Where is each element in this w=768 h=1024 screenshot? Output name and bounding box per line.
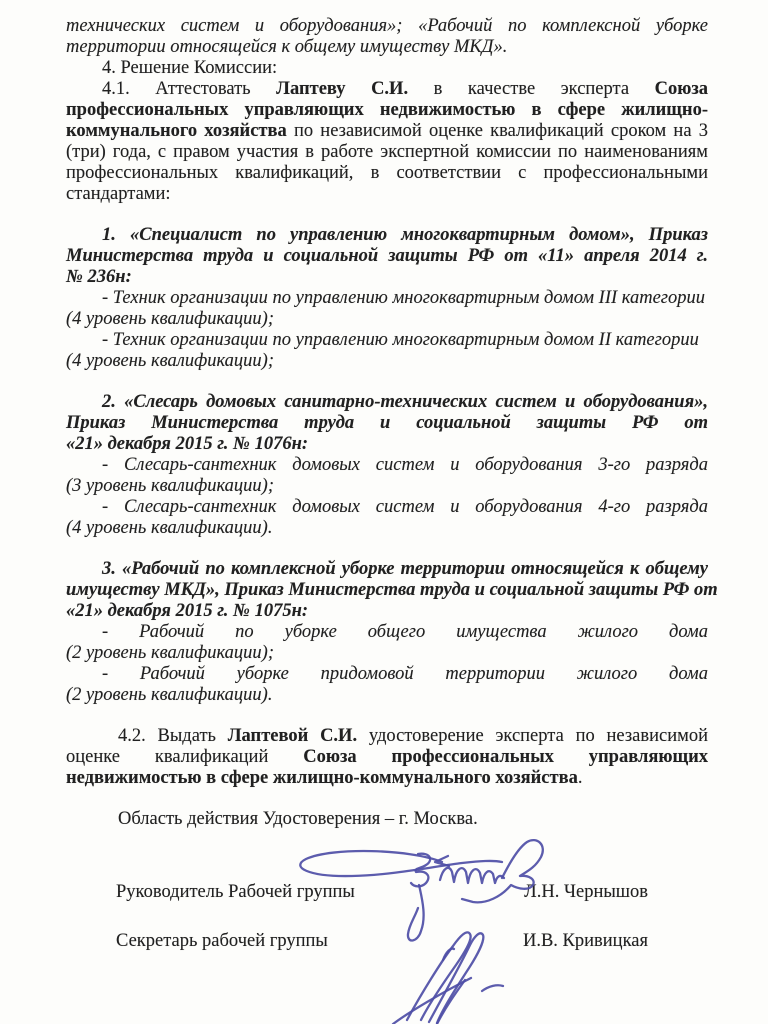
text-line: - Техник организации по управлению много… — [66, 330, 708, 351]
text-line: (2 уровень квалификации); — [66, 643, 708, 664]
signature-section: Руководитель Рабочей группы Л.Н. Чернышо… — [66, 882, 708, 952]
validity-area: Область действия Удостоверения – г. Моск… — [66, 809, 708, 830]
text-line: - Слесарь-сантехник домовых систем и обо… — [66, 455, 708, 476]
text-line: 4.1. Аттестовать Лаптеву С.И. в качестве… — [66, 79, 708, 100]
qualification-3-heading: 3. «Рабочий по комплексной уборке террит… — [66, 559, 708, 622]
decision-heading: 4. Решение Комиссии: — [66, 58, 708, 79]
clause-4-1: 4.1. Аттестовать Лаптеву С.И. в качестве… — [66, 79, 708, 205]
signatory-name: Л.Н. Чернышов — [524, 882, 648, 903]
text-line: Министерства труда и социальной защиты Р… — [66, 246, 708, 267]
text-line: (4 уровень квалификации); — [66, 309, 708, 330]
intro-paragraph: технических систем и оборудования»; «Раб… — [66, 16, 708, 58]
text-line: № 236н: — [66, 267, 708, 288]
text-line: 4.2. Выдать Лаптевой С.И. удостоверение … — [66, 726, 708, 747]
text-line: имуществу МКД», Приказ Министерства труд… — [66, 580, 708, 601]
text-line: 3. «Рабочий по комплексной уборке террит… — [66, 559, 708, 580]
document-content: технических систем и оборудования»; «Раб… — [0, 0, 768, 952]
signature-row-secretary: Секретарь рабочей группы И.В. Кривицкая — [66, 931, 708, 952]
text-line: (2 уровень квалификации). — [66, 685, 708, 706]
signatory-role: Руководитель Рабочей группы — [116, 882, 355, 903]
text-line: Приказ Министерства труда и социальной з… — [66, 413, 708, 434]
text-line: - Рабочий уборке придомовой территории ж… — [66, 664, 708, 685]
text-line: (3 уровень квалификации); — [66, 476, 708, 497]
text-line: стандартами: — [66, 184, 708, 205]
qualification-1-heading: 1. «Специалист по управлению многокварти… — [66, 225, 708, 288]
text-line: Область действия Удостоверения – г. Моск… — [66, 809, 708, 830]
text-line: коммунального хозяйства по независимой о… — [66, 121, 708, 142]
document-text: технических систем и оборудования»; «Раб… — [66, 16, 708, 830]
qualification-2-items: - Слесарь-сантехник домовых систем и обо… — [66, 455, 708, 539]
qualification-2-heading: 2. «Слесарь домовых санитарно-технически… — [66, 392, 708, 455]
text-line: (4 уровень квалификации). — [66, 518, 708, 539]
text-line: - Техник организации по управлению много… — [66, 288, 708, 309]
text-line: «21» декабря 2015 г. № 1075н: — [66, 601, 708, 622]
text-line: 4. Решение Комиссии: — [66, 58, 708, 79]
text-line: оценке квалификаций Союза профессиональн… — [66, 747, 708, 768]
text-line: (три) года, с правом участия в работе эк… — [66, 142, 708, 163]
text-line: профессиональных управляющих недвижимост… — [66, 100, 708, 121]
signatory-role: Секретарь рабочей группы — [116, 931, 328, 952]
qualification-3-items: - Рабочий по уборке общего имущества жил… — [66, 622, 708, 706]
clause-4-2: 4.2. Выдать Лаптевой С.И. удостоверение … — [66, 726, 708, 789]
text-line: «21» декабря 2015 г. № 1076н: — [66, 434, 708, 455]
text-line: - Слесарь-сантехник домовых систем и обо… — [66, 497, 708, 518]
scanned-document-page: технических систем и оборудования»; «Раб… — [0, 0, 768, 1024]
text-line: - Рабочий по уборке общего имущества жил… — [66, 622, 708, 643]
signature-row-head: Руководитель Рабочей группы Л.Н. Чернышо… — [66, 882, 708, 903]
text-line: 2. «Слесарь домовых санитарно-технически… — [66, 392, 708, 413]
text-line: (4 уровень квалификации); — [66, 351, 708, 372]
text-line: технических систем и оборудования»; «Раб… — [66, 16, 708, 37]
text-line: профессиональных квалификаций, в соответ… — [66, 163, 708, 184]
text-line: территории относящейся к общему имуществ… — [66, 37, 708, 58]
text-line: 1. «Специалист по управлению многокварти… — [66, 225, 708, 246]
qualification-1-items: - Техник организации по управлению много… — [66, 288, 708, 372]
signatory-name: И.В. Кривицкая — [523, 931, 648, 952]
text-line: недвижимостью в сфере жилищно-коммунальн… — [66, 768, 708, 789]
